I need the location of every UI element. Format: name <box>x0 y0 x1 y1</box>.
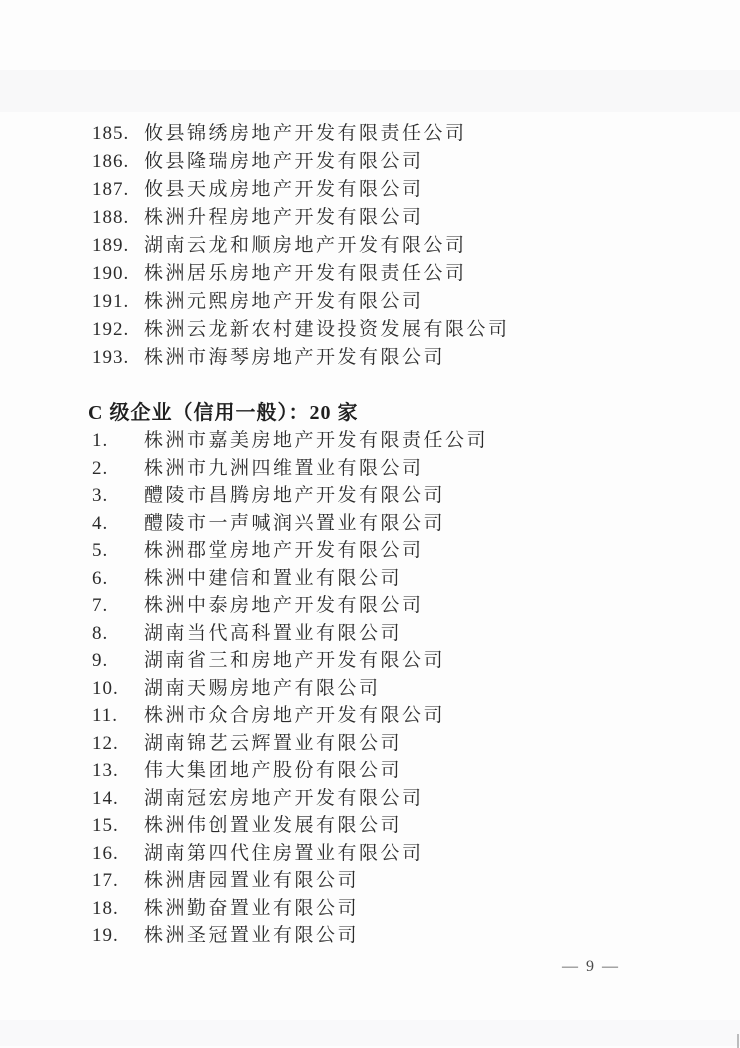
list-item-number: 185. <box>92 120 144 148</box>
list-item-number: 3. <box>92 482 144 510</box>
list-item: 6. 株洲中建信和置业有限公司 <box>92 565 488 593</box>
company-name: 湖南天赐房地产有限公司 <box>144 675 381 703</box>
company-name: 株洲市九洲四维置业有限公司 <box>144 455 424 483</box>
list-item-number: 187. <box>92 176 144 204</box>
list-item-number: 2. <box>92 455 144 483</box>
list-item: 3. 醴陵市昌腾房地产开发有限公司 <box>92 482 488 510</box>
list-item-number: 18. <box>92 895 144 923</box>
list-item-number: 17. <box>92 867 144 895</box>
company-name: 株洲云龙新农村建设投资发展有限公司 <box>144 316 510 344</box>
list-item: 11. 株洲市众合房地产开发有限公司 <box>92 702 488 730</box>
list-item: 17. 株洲唐园置业有限公司 <box>92 867 488 895</box>
list-item: 13. 伟大集团地产股份有限公司 <box>92 757 488 785</box>
list-item: 1. 株洲市嘉美房地产开发有限责任公司 <box>92 427 488 455</box>
list-item-number: 193. <box>92 344 144 372</box>
list-item-number: 10. <box>92 675 144 703</box>
company-name: 株洲郡堂房地产开发有限公司 <box>144 537 424 565</box>
list-item: 188. 株洲升程房地产开发有限公司 <box>92 204 510 232</box>
list-item: 191. 株洲元熙房地产开发有限公司 <box>92 288 510 316</box>
list-item-number: 191. <box>92 288 144 316</box>
list-item-number: 8. <box>92 620 144 648</box>
list-item-number: 4. <box>92 510 144 538</box>
scan-artifact-band-top <box>0 70 740 112</box>
list-item-number: 186. <box>92 148 144 176</box>
company-name: 湖南冠宏房地产开发有限公司 <box>144 785 424 813</box>
list-item-number: 12. <box>92 730 144 758</box>
list-item: 4. 醴陵市一声喊润兴置业有限公司 <box>92 510 488 538</box>
list-item-number: 190. <box>92 260 144 288</box>
company-list-b-continued: 185. 攸县锦绣房地产开发有限责任公司 186. 攸县隆瑞房地产开发有限公司 … <box>92 120 510 372</box>
list-item: 192. 株洲云龙新农村建设投资发展有限公司 <box>92 316 510 344</box>
list-item-number: 6. <box>92 565 144 593</box>
company-name: 攸县天成房地产开发有限公司 <box>144 176 424 204</box>
list-item-number: 9. <box>92 647 144 675</box>
company-name: 湖南当代高科置业有限公司 <box>144 620 402 648</box>
company-list-c: 1. 株洲市嘉美房地产开发有限责任公司 2. 株洲市九洲四维置业有限公司 3. … <box>92 427 488 950</box>
list-item-number: 15. <box>92 812 144 840</box>
list-item-number: 16. <box>92 840 144 868</box>
company-name: 湖南云龙和顺房地产开发有限公司 <box>144 232 467 260</box>
list-item: 15. 株洲伟创置业发展有限公司 <box>92 812 488 840</box>
list-item-number: 13. <box>92 757 144 785</box>
company-name: 株洲市众合房地产开发有限公司 <box>144 702 445 730</box>
company-name: 伟大集团地产股份有限公司 <box>144 757 402 785</box>
company-name: 株洲圣冠置业有限公司 <box>144 922 359 950</box>
list-item-number: 19. <box>92 922 144 950</box>
list-item: 186. 攸县隆瑞房地产开发有限公司 <box>92 148 510 176</box>
page-number: — 9 — <box>562 957 620 977</box>
company-name: 醴陵市昌腾房地产开发有限公司 <box>144 482 445 510</box>
list-item: 12. 湖南锦艺云辉置业有限公司 <box>92 730 488 758</box>
list-item: 187. 攸县天成房地产开发有限公司 <box>92 176 510 204</box>
list-item: 185. 攸县锦绣房地产开发有限责任公司 <box>92 120 510 148</box>
company-name: 湖南省三和房地产开发有限公司 <box>144 647 445 675</box>
company-name: 株洲勤奋置业有限公司 <box>144 895 359 923</box>
list-item-number: 5. <box>92 537 144 565</box>
list-item: 16. 湖南第四代住房置业有限公司 <box>92 840 488 868</box>
list-item: 9. 湖南省三和房地产开发有限公司 <box>92 647 488 675</box>
list-item: 14. 湖南冠宏房地产开发有限公司 <box>92 785 488 813</box>
company-name: 株洲居乐房地产开发有限责任公司 <box>144 260 467 288</box>
company-name: 株洲市海琴房地产开发有限公司 <box>144 344 445 372</box>
company-name: 攸县隆瑞房地产开发有限公司 <box>144 148 424 176</box>
list-item: 7. 株洲中泰房地产开发有限公司 <box>92 592 488 620</box>
list-item-number: 14. <box>92 785 144 813</box>
list-item: 5. 株洲郡堂房地产开发有限公司 <box>92 537 488 565</box>
company-name: 株洲中泰房地产开发有限公司 <box>144 592 424 620</box>
company-name: 湖南第四代住房置业有限公司 <box>144 840 424 868</box>
section-c-heading: C 级企业（信用一般）：20 家 <box>88 399 358 427</box>
list-item: 2. 株洲市九洲四维置业有限公司 <box>92 455 488 483</box>
company-name: 株洲伟创置业发展有限公司 <box>144 812 402 840</box>
list-item: 193. 株洲市海琴房地产开发有限公司 <box>92 344 510 372</box>
list-item-number: 1. <box>92 427 144 455</box>
company-name: 湖南锦艺云辉置业有限公司 <box>144 730 402 758</box>
company-name: 株洲市嘉美房地产开发有限责任公司 <box>144 427 488 455</box>
list-item: 10. 湖南天赐房地产有限公司 <box>92 675 488 703</box>
company-name: 醴陵市一声喊润兴置业有限公司 <box>144 510 445 538</box>
list-item: 190. 株洲居乐房地产开发有限责任公司 <box>92 260 510 288</box>
company-name: 株洲元熙房地产开发有限公司 <box>144 288 424 316</box>
list-item: 189. 湖南云龙和顺房地产开发有限公司 <box>92 232 510 260</box>
list-item: 8. 湖南当代高科置业有限公司 <box>92 620 488 648</box>
list-item-number: 7. <box>92 592 144 620</box>
scan-artifact-band-bottom <box>0 1020 740 1046</box>
list-item: 18. 株洲勤奋置业有限公司 <box>92 895 488 923</box>
company-name: 株洲中建信和置业有限公司 <box>144 565 402 593</box>
company-name: 株洲唐园置业有限公司 <box>144 867 359 895</box>
list-item: 19. 株洲圣冠置业有限公司 <box>92 922 488 950</box>
company-name: 攸县锦绣房地产开发有限责任公司 <box>144 120 467 148</box>
scan-artifact-edge-mark <box>737 1034 739 1048</box>
company-name: 株洲升程房地产开发有限公司 <box>144 204 424 232</box>
list-item-number: 189. <box>92 232 144 260</box>
list-item-number: 11. <box>92 702 144 730</box>
scanned-document-page: 185. 攸县锦绣房地产开发有限责任公司 186. 攸县隆瑞房地产开发有限公司 … <box>0 0 740 1048</box>
list-item-number: 188. <box>92 204 144 232</box>
list-item-number: 192. <box>92 316 144 344</box>
